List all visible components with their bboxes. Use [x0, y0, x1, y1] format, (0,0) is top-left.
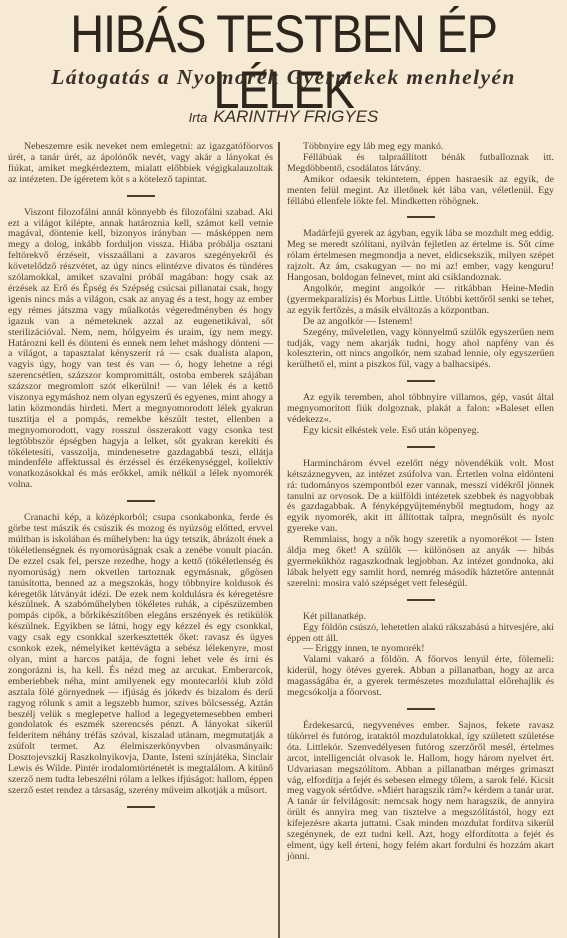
paragraph: Remmlaiss, hogy a nők hogy szeretik a ny… — [287, 535, 554, 590]
paragraph: Egy kicsit elkéstek vele. Eső után köpen… — [287, 426, 554, 437]
paragraph: Angolkór, megint angolkór — ritkábban He… — [287, 284, 554, 317]
paragraph: Nebeszemre esik neveket nem emlegetni: a… — [8, 142, 273, 186]
section-divider — [127, 806, 155, 808]
paragraph: Féllábúak és talpraállított bénák futbal… — [287, 153, 554, 175]
byline: IrtaKARINTHY FRIGYES — [0, 106, 567, 129]
paragraph: Madárfejű gyerek az ágyban, egyik lába s… — [287, 229, 554, 284]
paragraph: Két pillanatkép. — [287, 612, 554, 623]
left-column: Nebeszemre esik neveket nem emlegetni: a… — [8, 142, 273, 819]
section-divider — [407, 380, 435, 382]
section-divider — [127, 500, 155, 502]
paragraph: Harminchárom évvel ezelőtt négy növendék… — [287, 459, 554, 535]
section-divider — [127, 195, 155, 197]
paragraph: De az angolkór — Istenem! — [287, 317, 554, 328]
article-title: HIBÁS TESTBEN ÉP LÉLEK — [0, 6, 567, 118]
paragraph: Valami vakaró a földön. A főorvos lenyúl… — [287, 655, 554, 699]
article-subtitle: Látogatás a Nyomorék Gyermekek menhelyén — [0, 63, 567, 91]
byline-prefix: Irta — [189, 110, 208, 125]
section-divider — [407, 599, 435, 601]
column-divider — [278, 142, 280, 938]
paragraph: Cranachi kép, a középkorból; csupa csonk… — [8, 513, 273, 797]
paragraph: Amikor odaesik tekintetem, éppen hasraes… — [287, 175, 554, 208]
section-divider — [407, 216, 435, 218]
paragraph: Az egyik teremben, ahol többnyire villam… — [287, 393, 554, 426]
paragraph: Érdekesarcú, negyvenéves ember. Sajnos, … — [287, 721, 554, 863]
paragraph: Viszont filozofálni annál könnyebb és fi… — [8, 208, 273, 492]
section-divider — [407, 708, 435, 710]
author-name: KARINTHY FRIGYES — [213, 107, 378, 126]
paragraph: Szegény, műveletlen, vagy könnyelmű szül… — [287, 328, 554, 372]
section-divider — [407, 446, 435, 448]
right-column: Többnyire egy láb meg egy mankó. Féllábú… — [287, 142, 554, 863]
paragraph: Egy földön csúszó, lehetetlen alakú ráks… — [287, 623, 554, 645]
